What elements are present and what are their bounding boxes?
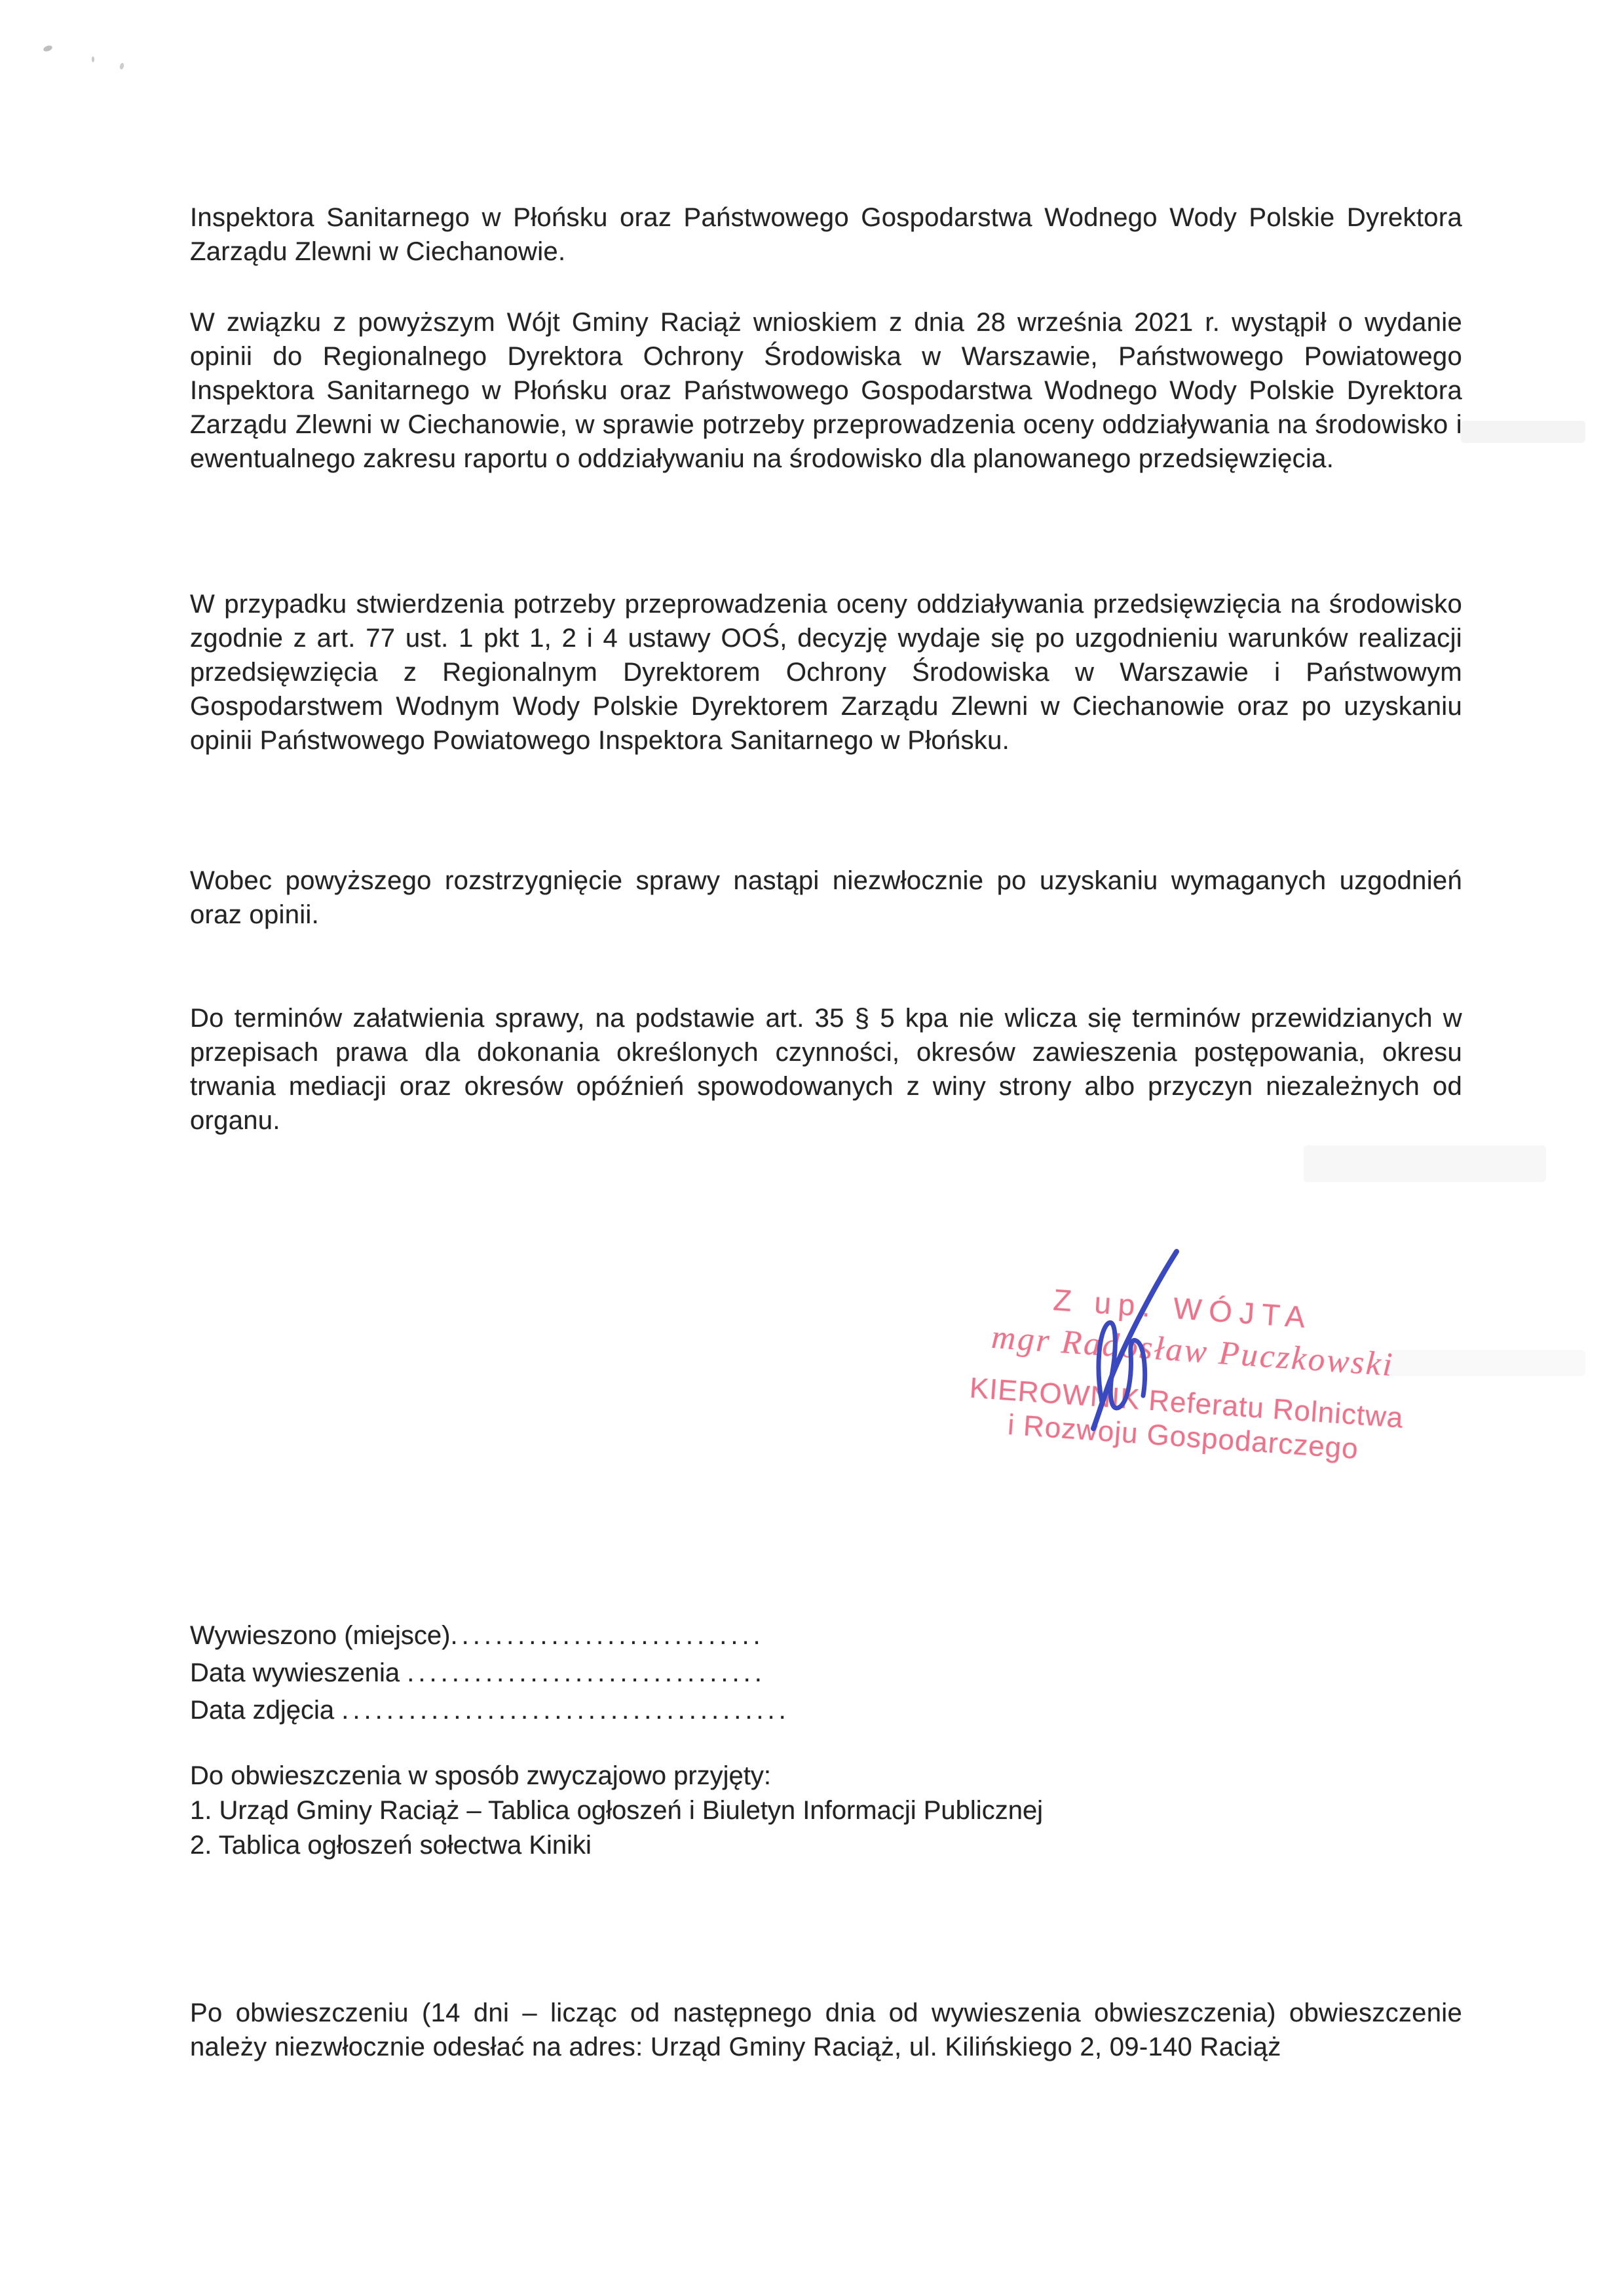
posting-line-place: Wywieszono (miejsce)....................… — [190, 1617, 790, 1655]
announcement-heading: Do obwieszczenia w sposób zwyczajowo prz… — [190, 1759, 1043, 1793]
scan-smudge — [1461, 421, 1585, 443]
posting-line-label: Wywieszono (miejsce) — [190, 1621, 451, 1650]
posting-block: Wywieszono (miejsce)....................… — [190, 1617, 790, 1729]
handwritten-signature — [1046, 1245, 1190, 1442]
posting-line-label: Data zdjęcia — [190, 1696, 341, 1725]
paragraph-return-instruction: Po obwieszczeniu (14 dni – licząc od nas… — [190, 1996, 1462, 2064]
posting-line-label: Data wywieszenia — [190, 1658, 407, 1687]
dotted-fill-line: ............................ — [451, 1621, 765, 1650]
scan-speck — [43, 45, 53, 52]
scan-speck — [119, 62, 124, 69]
dotted-fill-line: ................................ — [407, 1658, 766, 1687]
scanned-letter-page: Inspektora Sanitarnego w Płońsku oraz Pa… — [0, 0, 1624, 2296]
dotted-fill-line: ........................................ — [341, 1696, 790, 1725]
announcement-item: 2. Tablica ogłoszeń sołectwa Kiniki — [190, 1828, 1043, 1863]
scan-smudge — [1304, 1145, 1546, 1182]
paragraph-opinion-request: W związku z powyższym Wójt Gminy Raciąż … — [190, 305, 1462, 476]
paragraph-assessment-procedure: W przypadku stwierdzenia potrzeby przepr… — [190, 587, 1462, 757]
paragraph-deadlines-kpa: Do terminów załatwienia sprawy, na podst… — [190, 1001, 1462, 1138]
posting-line-date-removed: Data zdjęcia ...........................… — [190, 1692, 790, 1729]
paragraph-addressees: Inspektora Sanitarnego w Płońsku oraz Pa… — [190, 201, 1462, 269]
scan-speck — [92, 56, 94, 62]
announcement-item: 1. Urząd Gminy Raciąż – Tablica ogłoszeń… — [190, 1793, 1043, 1828]
posting-line-date-posted: Data wywieszenia .......................… — [190, 1655, 790, 1692]
paragraph-resolution-notice: Wobec powyższego rozstrzygnięcie sprawy … — [190, 864, 1462, 932]
announcement-distribution: Do obwieszczenia w sposób zwyczajowo prz… — [190, 1759, 1043, 1863]
scan-smudge — [1389, 1350, 1585, 1376]
